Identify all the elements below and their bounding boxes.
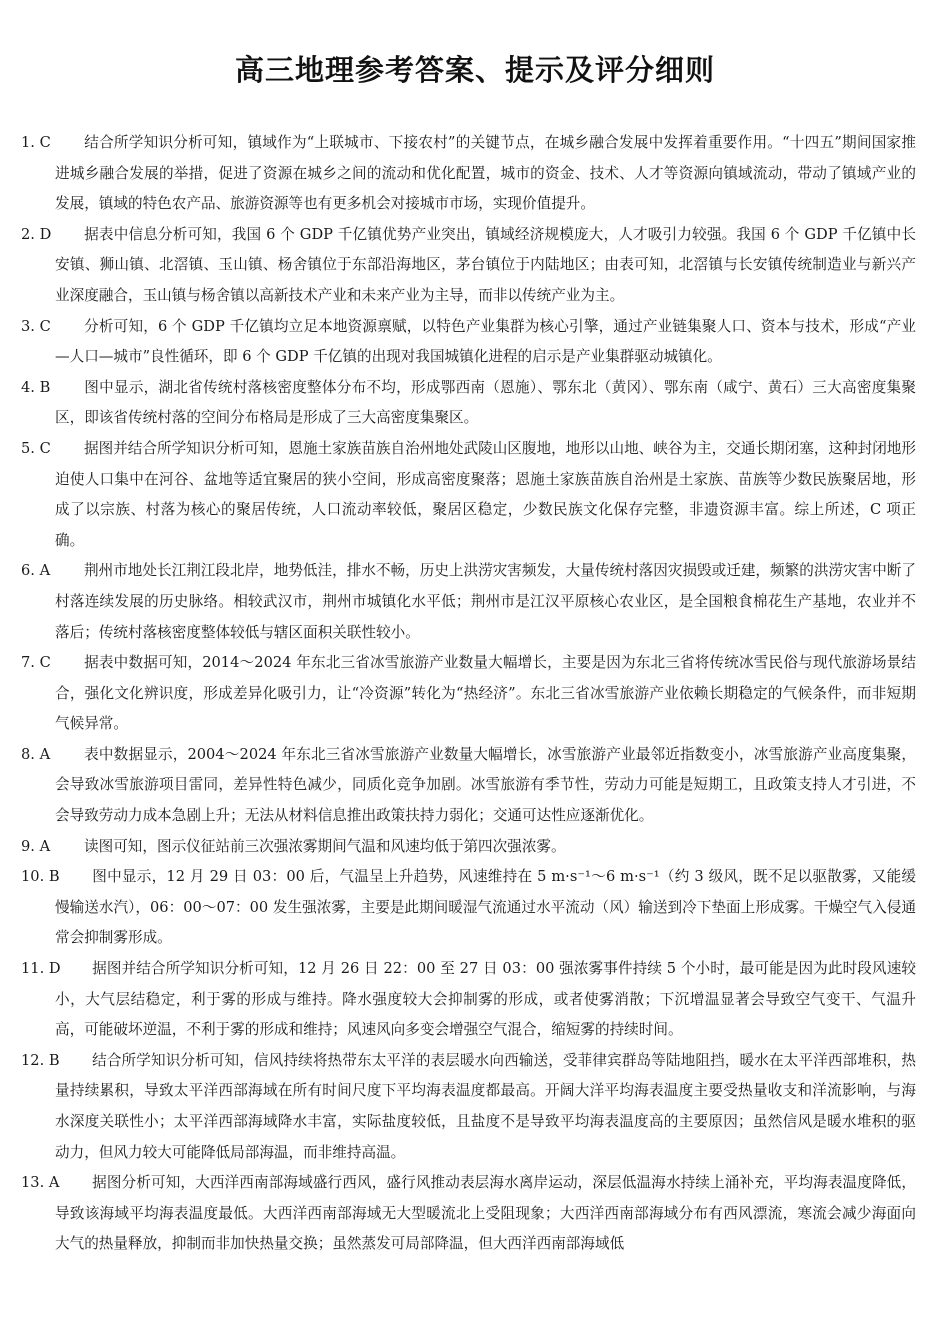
answer-explanation: 荆州市地处长江荆江段北岸，地势低洼，排水不畅，历史上洪涝灾害频发，大量传统村落因… bbox=[55, 562, 916, 640]
answer-label: 7. C bbox=[38, 648, 84, 679]
answer-label: 1. C bbox=[38, 128, 84, 159]
answer-label: 11. D bbox=[38, 954, 92, 985]
answer-label: 6. A bbox=[38, 556, 84, 587]
answer-explanation: 据图并结合所学知识分析可知，恩施土家族苗族自治州地处武陵山区腹地，地形以山地、峡… bbox=[55, 440, 916, 549]
answer-label: 13. A bbox=[38, 1168, 92, 1199]
answer-item-12: 12. B结合所学知识分析可知，信风持续将热带东太平洋的表层暖水向西输送，受菲律… bbox=[38, 1046, 916, 1168]
answer-item-7: 7. C据表中数据可知，2014～2024 年东北三省冰雪旅游产业数量大幅增长，… bbox=[38, 648, 916, 740]
answer-item-4: 4. B图中显示，湖北省传统村落核密度整体分布不均，形成鄂西南（恩施）、鄂东北（… bbox=[38, 373, 916, 434]
answer-explanation: 结合所学知识分析可知，信风持续将热带东太平洋的表层暖水向西输送，受菲律宾群岛等陆… bbox=[55, 1052, 916, 1161]
answer-list: 1. C结合所学知识分析可知，镇域作为“上联城市、下接农村”的关键节点，在城乡融… bbox=[38, 128, 916, 1260]
answer-explanation: 据图分析可知，大西洋西南部海域盛行西风，盛行风推动表层海水离岸运动，深层低温海水… bbox=[55, 1174, 916, 1252]
answer-label: 5. C bbox=[38, 434, 84, 465]
answer-explanation: 据表中信息分析可知，我国 6 个 GDP 千亿镇优势产业突出，镇域经济规模庞大，… bbox=[55, 226, 916, 304]
answer-label: 3. C bbox=[38, 312, 84, 343]
answer-explanation: 据表中数据可知，2014～2024 年东北三省冰雪旅游产业数量大幅增长，主要是因… bbox=[55, 654, 916, 732]
answer-label: 9. A bbox=[38, 832, 84, 863]
answer-item-8: 8. A表中数据显示，2004～2024 年东北三省冰雪旅游产业数量大幅增长，冰… bbox=[38, 740, 916, 832]
answer-item-9: 9. A读图可知，图示仪征站前三次强浓雾期间气温和风速均低于第四次强浓雾。 bbox=[38, 832, 916, 863]
answer-item-3: 3. C分析可知，6 个 GDP 千亿镇均立足本地资源禀赋，以特色产业集群为核心… bbox=[38, 312, 916, 373]
answer-item-13: 13. A据图分析可知，大西洋西南部海域盛行西风，盛行风推动表层海水离岸运动，深… bbox=[38, 1168, 916, 1260]
answer-item-11: 11. D据图并结合所学知识分析可知，12 月 26 日 22：00 至 27 … bbox=[38, 954, 916, 1046]
answer-item-10: 10. B图中显示，12 月 29 日 03：00 后，气温呈上升趋势，风速维持… bbox=[38, 862, 916, 954]
answer-explanation: 读图可知，图示仪征站前三次强浓雾期间气温和风速均低于第四次强浓雾。 bbox=[84, 838, 566, 855]
answer-label: 4. B bbox=[38, 373, 84, 404]
answer-explanation: 图中显示，湖北省传统村落核密度整体分布不均，形成鄂西南（恩施）、鄂东北（黄冈）、… bbox=[55, 379, 916, 427]
answer-explanation: 据图并结合所学知识分析可知，12 月 26 日 22：00 至 27 日 03：… bbox=[55, 960, 916, 1038]
answer-item-1: 1. C结合所学知识分析可知，镇域作为“上联城市、下接农村”的关键节点，在城乡融… bbox=[38, 128, 916, 220]
answer-label: 2. D bbox=[38, 220, 84, 251]
answer-explanation: 分析可知，6 个 GDP 千亿镇均立足本地资源禀赋，以特色产业集群为核心引擎，通… bbox=[55, 318, 916, 366]
answer-item-5: 5. C据图并结合所学知识分析可知，恩施土家族苗族自治州地处武陵山区腹地，地形以… bbox=[38, 434, 916, 556]
answer-item-6: 6. A荆州市地处长江荆江段北岸，地势低洼，排水不畅，历史上洪涝灾害频发，大量传… bbox=[38, 556, 916, 648]
answer-label: 10. B bbox=[38, 862, 92, 893]
answer-label: 8. A bbox=[38, 740, 84, 771]
page-title: 高三地理参考答案、提示及评分细则 bbox=[0, 50, 950, 90]
answer-explanation: 结合所学知识分析可知，镇域作为“上联城市、下接农村”的关键节点，在城乡融合发展中… bbox=[55, 134, 916, 212]
answer-item-2: 2. D据表中信息分析可知，我国 6 个 GDP 千亿镇优势产业突出，镇域经济规… bbox=[38, 220, 916, 312]
answer-explanation: 图中显示，12 月 29 日 03：00 后，气温呈上升趋势，风速维持在 5 m… bbox=[55, 868, 916, 946]
answer-explanation: 表中数据显示，2004～2024 年东北三省冰雪旅游产业数量大幅增长，冰雪旅游产… bbox=[55, 746, 916, 824]
answer-label: 12. B bbox=[38, 1046, 92, 1077]
